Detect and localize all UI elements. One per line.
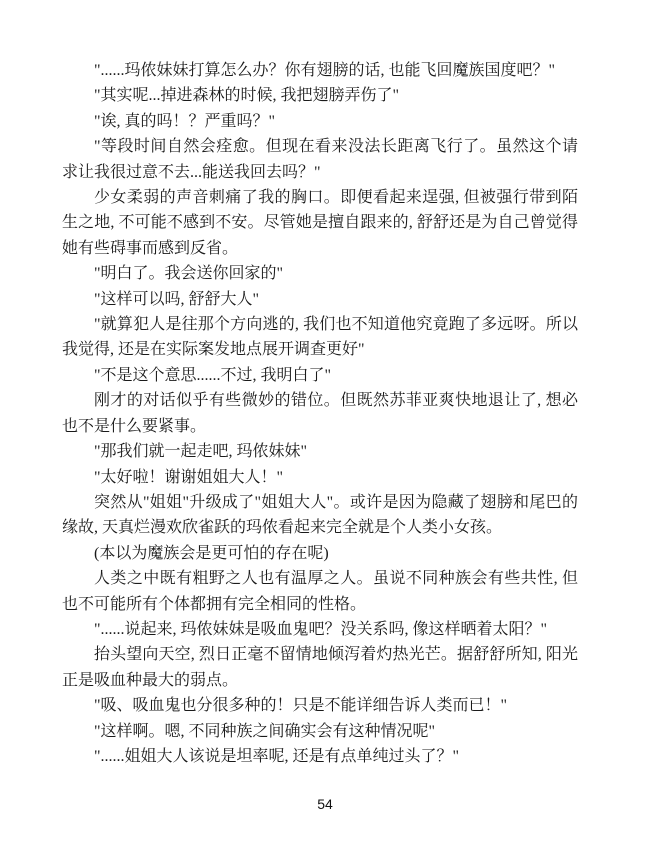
page-number: 54 [0, 796, 650, 812]
paragraph: "不是这个意思......不过, 我明白了" [62, 363, 578, 388]
paragraph: 抬头望向天空, 烈日正毫不留情地倾泻着灼热光芒。据舒舒所知, 阳光正是吸血种最大… [62, 642, 578, 693]
paragraph: (本以为魔族会是更可怕的存在呢) [62, 541, 578, 566]
paragraph: "这样可以吗, 舒舒大人" [62, 287, 578, 312]
paragraph: "就算犯人是往那个方向逃的, 我们也不知道他究竟跑了多远呀。所以我觉得, 还是在… [62, 312, 578, 363]
paragraph: "太好啦！谢谢姐姐大人！" [62, 465, 578, 490]
paragraph: 少女柔弱的声音刺痛了我的胸口。即便看起来逞强, 但被强行带到陌生之地, 不可能不… [62, 185, 578, 261]
paragraph: "这样啊。嗯, 不同种族之间确实会有这种情况呢" [62, 719, 578, 744]
paragraph: "......说起来, 玛侬妹妹是吸血鬼吧？没关系吗, 像这样晒着太阳？" [62, 617, 578, 642]
paragraph: "诶, 真的吗！？严重吗？" [62, 109, 578, 134]
paragraph: "那我们就一起走吧, 玛侬妹妹" [62, 439, 578, 464]
paragraph: "吸、吸血鬼也分很多种的！只是不能详细告诉人类而已！" [62, 693, 578, 718]
document-page: "......玛侬妹妹打算怎么办？你有翅膀的话, 也能飞回魔族国度吧？""其实呢… [0, 0, 650, 850]
paragraph: 人类之中既有粗野之人也有温厚之人。虽说不同种族会有些共性, 但也不可能所有个体都… [62, 566, 578, 617]
paragraph: "明白了。我会送你回家的" [62, 261, 578, 286]
paragraph: "......姐姐大人该说是坦率呢, 还是有点单纯过头了？" [62, 744, 578, 769]
paragraph: "......玛侬妹妹打算怎么办？你有翅膀的话, 也能飞回魔族国度吧？" [62, 58, 578, 83]
paragraph: "其实呢...掉进森林的时候, 我把翅膀弄伤了" [62, 83, 578, 108]
page-text: "......玛侬妹妹打算怎么办？你有翅膀的话, 也能飞回魔族国度吧？""其实呢… [62, 58, 578, 769]
paragraph: 刚才的对话似乎有些微妙的错位。但既然苏菲亚爽快地退让了, 想必也不是什么要紧事。 [62, 388, 578, 439]
paragraph: "等段时间自然会痊愈。但现在看来没法长距离飞行了。虽然这个请求让我很过意不去..… [62, 134, 578, 185]
paragraph: 突然从"姐姐"升级成了"姐姐大人"。或许是因为隐藏了翅膀和尾巴的缘故, 天真烂漫… [62, 490, 578, 541]
